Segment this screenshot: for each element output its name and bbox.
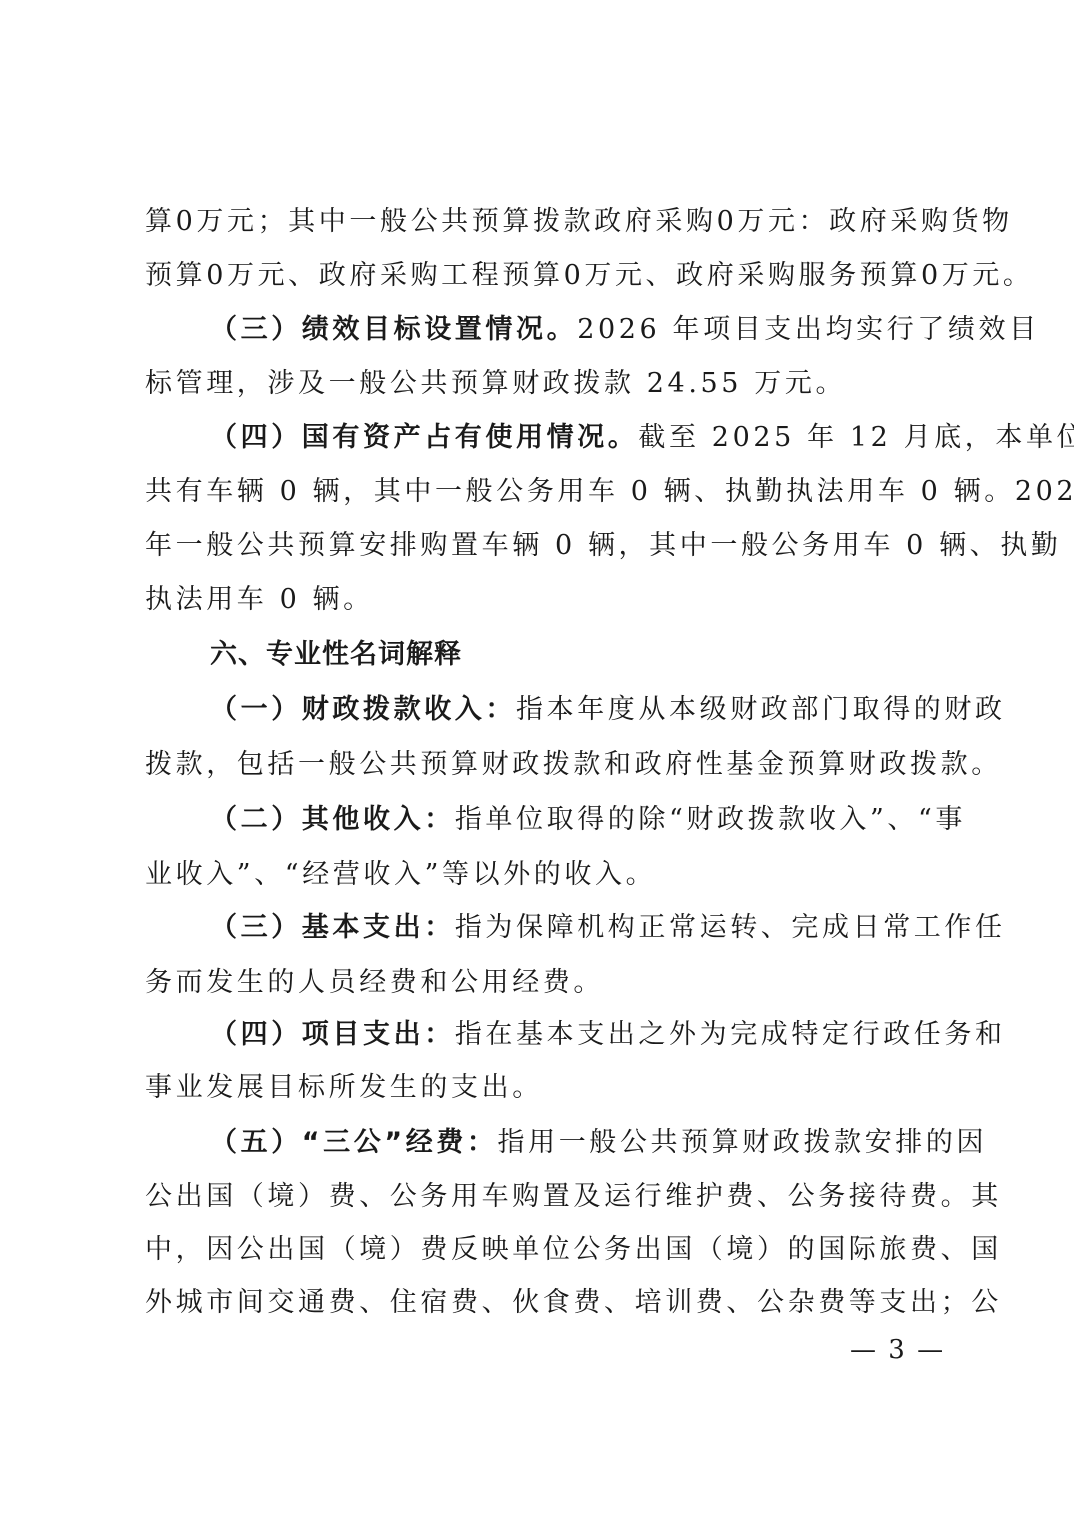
paragraph-line: 事业发展目标所发生的支出。 (145, 1068, 945, 1108)
term-definition: 指为保障机构正常运转、完成日常工作任 (455, 912, 1006, 943)
document-page: 算0万元；其中一般公共预算拨款政府采购0万元：政府采购货物 预算0万元、政府采购… (0, 0, 1074, 1520)
line-text: 算0万元；其中一般公共预算拨款政府采购0万元：政府采购货物 (145, 206, 1013, 237)
line-text: 外城市间交通费、住宿费、伙食费、培训费、公杂费等支出；公 (145, 1287, 1002, 1318)
paragraph-line: 业收入”、“经营收入”等以外的收入。 (145, 855, 945, 895)
line-text: 2026 年项目支出均实行了绩效目 (577, 314, 1040, 345)
line-text: 预算0万元、政府采购工程预算0万元、政府采购服务预算0万元。 (145, 260, 1034, 291)
paragraph-line: 年一般公共预算安排购置车辆 0 辆，其中一般公务用车 0 辆、执勤 (145, 526, 945, 566)
term-label: （一）财政拨款收入： (210, 694, 516, 725)
paragraph-line: 拨款，包括一般公共预算财政拨款和政府性基金预算财政拨款。 (145, 745, 945, 785)
term-other-income: （二）其他收入：指单位取得的除“财政拨款收入”、“事 (210, 800, 945, 840)
paragraph-line: 执法用车 0 辆。 (145, 580, 945, 620)
section-performance-goals: （三）绩效目标设置情况。2026 年项目支出均实行了绩效目 (210, 310, 945, 350)
page-number: — 3 — (850, 1330, 945, 1370)
line-text: 中，因公出国（境）费反映单位公务出国（境）的国际旅费、国 (145, 1234, 1002, 1265)
paragraph-line: 务而发生的人员经费和公用经费。 (145, 963, 945, 1003)
paragraph-line: 中，因公出国（境）费反映单位公务出国（境）的国际旅费、国 (145, 1230, 945, 1270)
paragraph-line: 标管理，涉及一般公共预算财政拨款 24.55 万元。 (145, 364, 945, 404)
line-text: 共有车辆 0 辆，其中一般公务用车 0 辆、执勤执法用车 0 辆。2026 (145, 476, 1074, 507)
term-definition: 指单位取得的除“财政拨款收入”、“事 (455, 804, 966, 835)
section-state-assets: （四）国有资产占有使用情况。截至 2025 年 12 月底，本单位 (210, 418, 945, 458)
heading-text: 六、专业性名词解释 (210, 639, 462, 670)
section-heading-glossary: 六、专业性名词解释 (210, 635, 945, 675)
term-label: （二）其他收入： (210, 804, 455, 835)
term-definition: 指本年度从本级财政部门取得的财政 (516, 694, 1006, 725)
paragraph-line: 外城市间交通费、住宿费、伙食费、培训费、公杂费等支出；公 (145, 1283, 945, 1323)
term-project-expenditure: （四）项目支出：指在基本支出之外为完成特定行政任务和 (210, 1015, 945, 1055)
line-text: 务而发生的人员经费和公用经费。 (145, 967, 604, 998)
line-text: 事业发展目标所发生的支出。 (145, 1072, 543, 1103)
term-fiscal-appropriation-income: （一）财政拨款收入：指本年度从本级财政部门取得的财政 (210, 690, 945, 730)
paragraph-line: 公出国（境）费、公务用车购置及运行维护费、公务接待费。其 (145, 1177, 945, 1217)
section-lead: （四）国有资产占有使用情况。 (210, 422, 638, 453)
line-text: 业收入”、“经营收入”等以外的收入。 (145, 859, 656, 890)
line-text: 截至 2025 年 12 月底，本单位 (638, 422, 1074, 453)
term-three-public-expenses: （五）“三公”经费：指用一般公共预算财政拨款安排的因 (210, 1123, 945, 1163)
term-label: （五）“三公”经费： (210, 1127, 498, 1158)
term-label: （三）基本支出： (210, 912, 455, 943)
line-text: 公出国（境）费、公务用车购置及运行维护费、公务接待费。其 (145, 1181, 1002, 1212)
section-lead: （三）绩效目标设置情况。 (210, 314, 577, 345)
line-text: 标管理，涉及一般公共预算财政拨款 24.55 万元。 (145, 368, 846, 399)
paragraph-line: 共有车辆 0 辆，其中一般公务用车 0 辆、执勤执法用车 0 辆。2026 (145, 472, 945, 512)
paragraph-line: 算0万元；其中一般公共预算拨款政府采购0万元：政府采购货物 (145, 202, 945, 242)
term-definition: 指在基本支出之外为完成特定行政任务和 (455, 1019, 1006, 1050)
line-text: 执法用车 0 辆。 (145, 584, 374, 615)
term-definition: 指用一般公共预算财政拨款安排的因 (498, 1127, 988, 1158)
term-label: （四）项目支出： (210, 1019, 455, 1050)
paragraph-line: 预算0万元、政府采购工程预算0万元、政府采购服务预算0万元。 (145, 256, 945, 296)
line-text: 年一般公共预算安排购置车辆 0 辆，其中一般公务用车 0 辆、执勤 (145, 530, 1062, 561)
term-basic-expenditure: （三）基本支出：指为保障机构正常运转、完成日常工作任 (210, 908, 945, 948)
line-text: 拨款，包括一般公共预算财政拨款和政府性基金预算财政拨款。 (145, 749, 1002, 780)
